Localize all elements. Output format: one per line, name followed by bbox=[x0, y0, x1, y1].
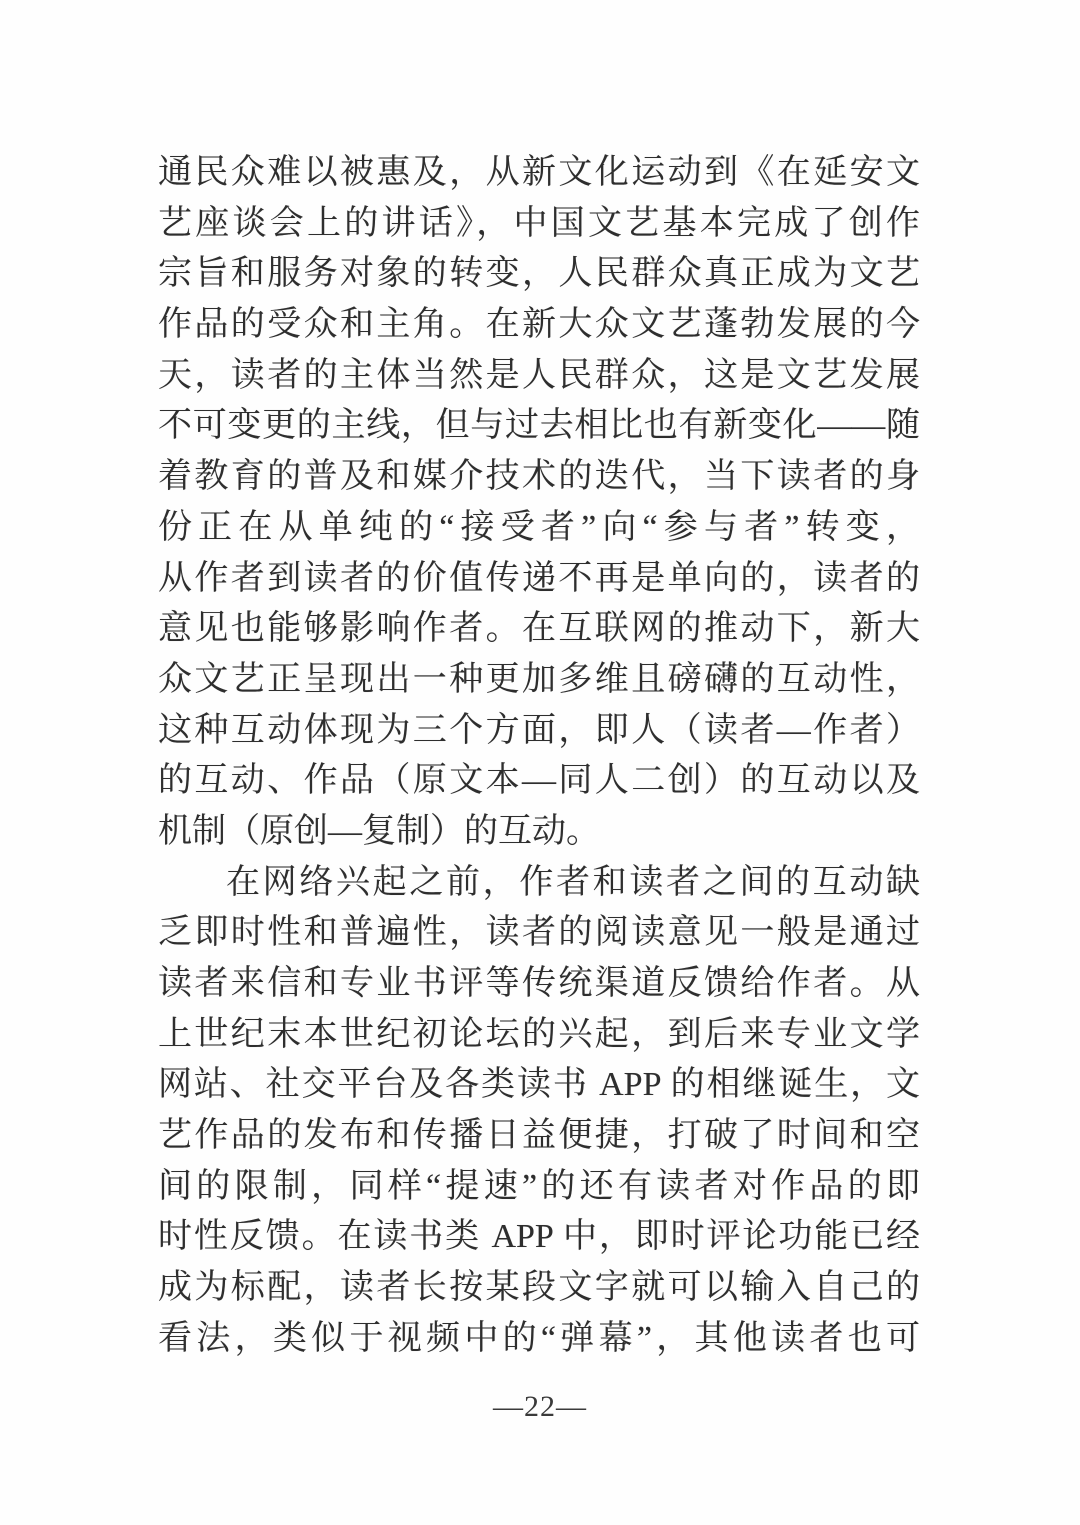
text-line: 份正在从单纯的“接受者”向“参与者”转变， bbox=[158, 503, 920, 554]
text-line: 网站、社交平台及各类读书 APP 的相继诞生，文 bbox=[158, 1060, 920, 1111]
text-line: 作品的受众和主角。在新大众文艺蓬勃发展的今 bbox=[158, 300, 920, 351]
text-line: 从作者到读者的价值传递不再是单向的，读者的 bbox=[158, 554, 920, 605]
text-line: 艺座谈会上的讲话》，中国文艺基本完成了创作 bbox=[158, 199, 920, 250]
text-line: 机制（原创—复制）的互动。 bbox=[158, 807, 920, 858]
text-line: 艺作品的发布和传播日益便捷，打破了时间和空 bbox=[158, 1111, 920, 1162]
document-page: 通民众难以被惠及，从新文化运动到《在延安文艺座谈会上的讲话》，中国文艺基本完成了… bbox=[0, 0, 1080, 1525]
text-line: 时性反馈。在读书类 APP 中，即时评论功能已经 bbox=[158, 1212, 920, 1263]
text-line: 天，读者的主体当然是人民群众，这是文艺发展 bbox=[158, 351, 920, 402]
text-line: 乏即时性和普遍性，读者的阅读意见一般是通过 bbox=[158, 908, 920, 959]
text-line: 着教育的普及和媒介技术的迭代，当下读者的身 bbox=[158, 452, 920, 503]
text-line: 间的限制，同样“提速”的还有读者对作品的即 bbox=[158, 1162, 920, 1213]
page-number: —22— bbox=[0, 1390, 1080, 1424]
text-line: 上世纪末本世纪初论坛的兴起，到后来专业文学 bbox=[158, 1010, 920, 1061]
body-text: 通民众难以被惠及，从新文化运动到《在延安文艺座谈会上的讲话》，中国文艺基本完成了… bbox=[158, 148, 920, 1365]
text-line: 在网络兴起之前，作者和读者之间的互动缺 bbox=[158, 858, 920, 909]
text-line: 不可变更的主线，但与过去相比也有新变化——随 bbox=[158, 401, 920, 452]
text-line: 通民众难以被惠及，从新文化运动到《在延安文 bbox=[158, 148, 920, 199]
text-line: 众文艺正呈现出一种更加多维且磅礴的互动性， bbox=[158, 655, 920, 706]
text-line: 宗旨和服务对象的转变，人民群众真正成为文艺 bbox=[158, 249, 920, 300]
text-line: 意见也能够影响作者。在互联网的推动下，新大 bbox=[158, 604, 920, 655]
text-line: 看法，类似于视频中的“弹幕”，其他读者也可 bbox=[158, 1314, 920, 1365]
text-line: 读者来信和专业书评等传统渠道反馈给作者。从 bbox=[158, 959, 920, 1010]
text-line: 这种互动体现为三个方面，即人（读者—作者） bbox=[158, 706, 920, 757]
text-line: 的互动、作品（原文本—同人二创）的互动以及 bbox=[158, 756, 920, 807]
text-line: 成为标配，读者长按某段文字就可以输入自己的 bbox=[158, 1263, 920, 1314]
